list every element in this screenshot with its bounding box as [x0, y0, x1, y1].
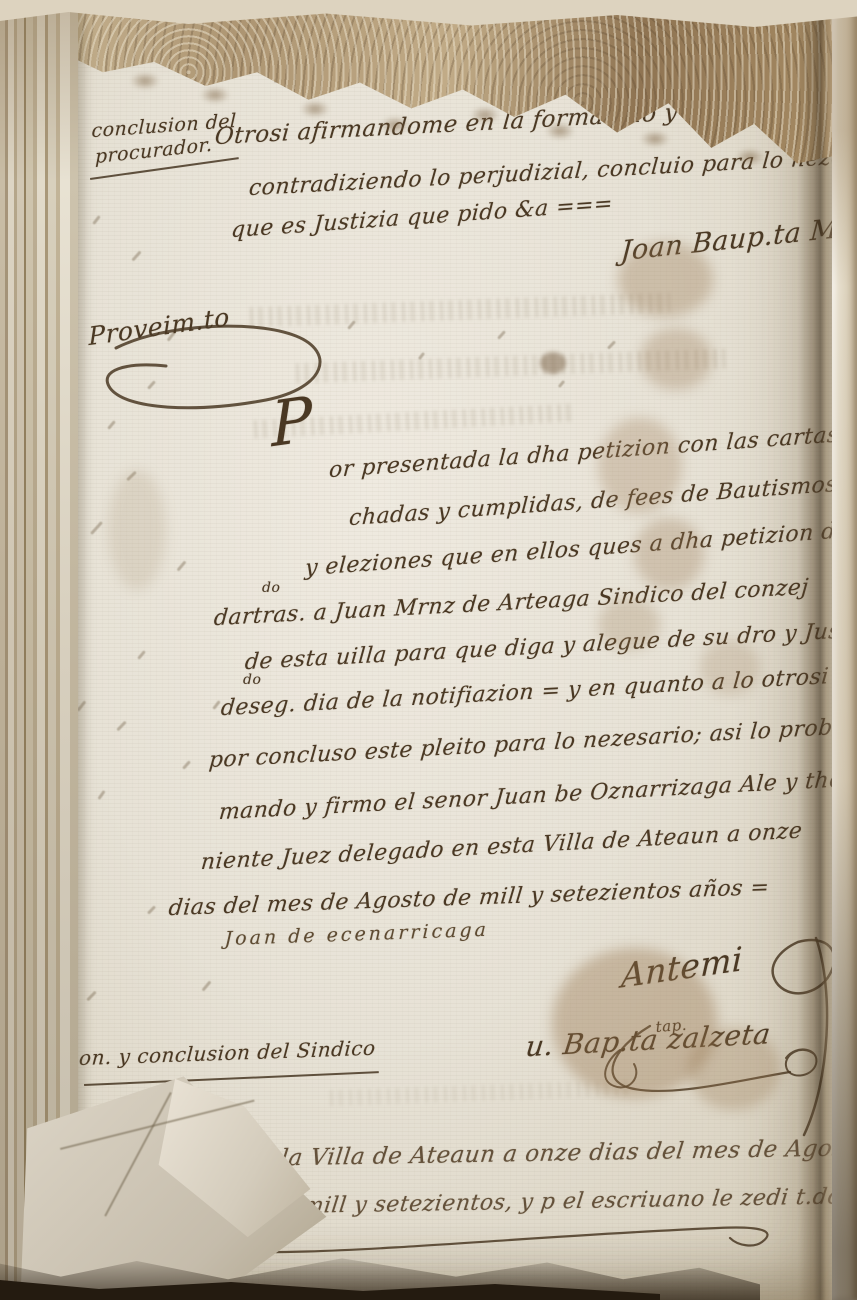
- page-curl-crease: [798, 0, 834, 1300]
- rot-spot: [130, 72, 160, 90]
- rot-spot: [545, 122, 575, 140]
- book-left-torn-edges: [0, 0, 78, 1300]
- rot-spot: [470, 106, 500, 124]
- manuscript-scan: { "palette": { "ink": "#4a3823", "ink_fa…: [0, 0, 857, 1300]
- next-page-edge: [832, 0, 857, 1300]
- paragraph-initial: P: [270, 388, 314, 456]
- interline-superscript: do: [243, 672, 261, 688]
- rot-spot: [300, 100, 330, 118]
- rot-spot: [380, 116, 410, 134]
- interline-superscript: do: [262, 580, 280, 596]
- rot-spot: [735, 148, 765, 166]
- rot-spot: [200, 86, 230, 104]
- rot-spot: [640, 130, 670, 148]
